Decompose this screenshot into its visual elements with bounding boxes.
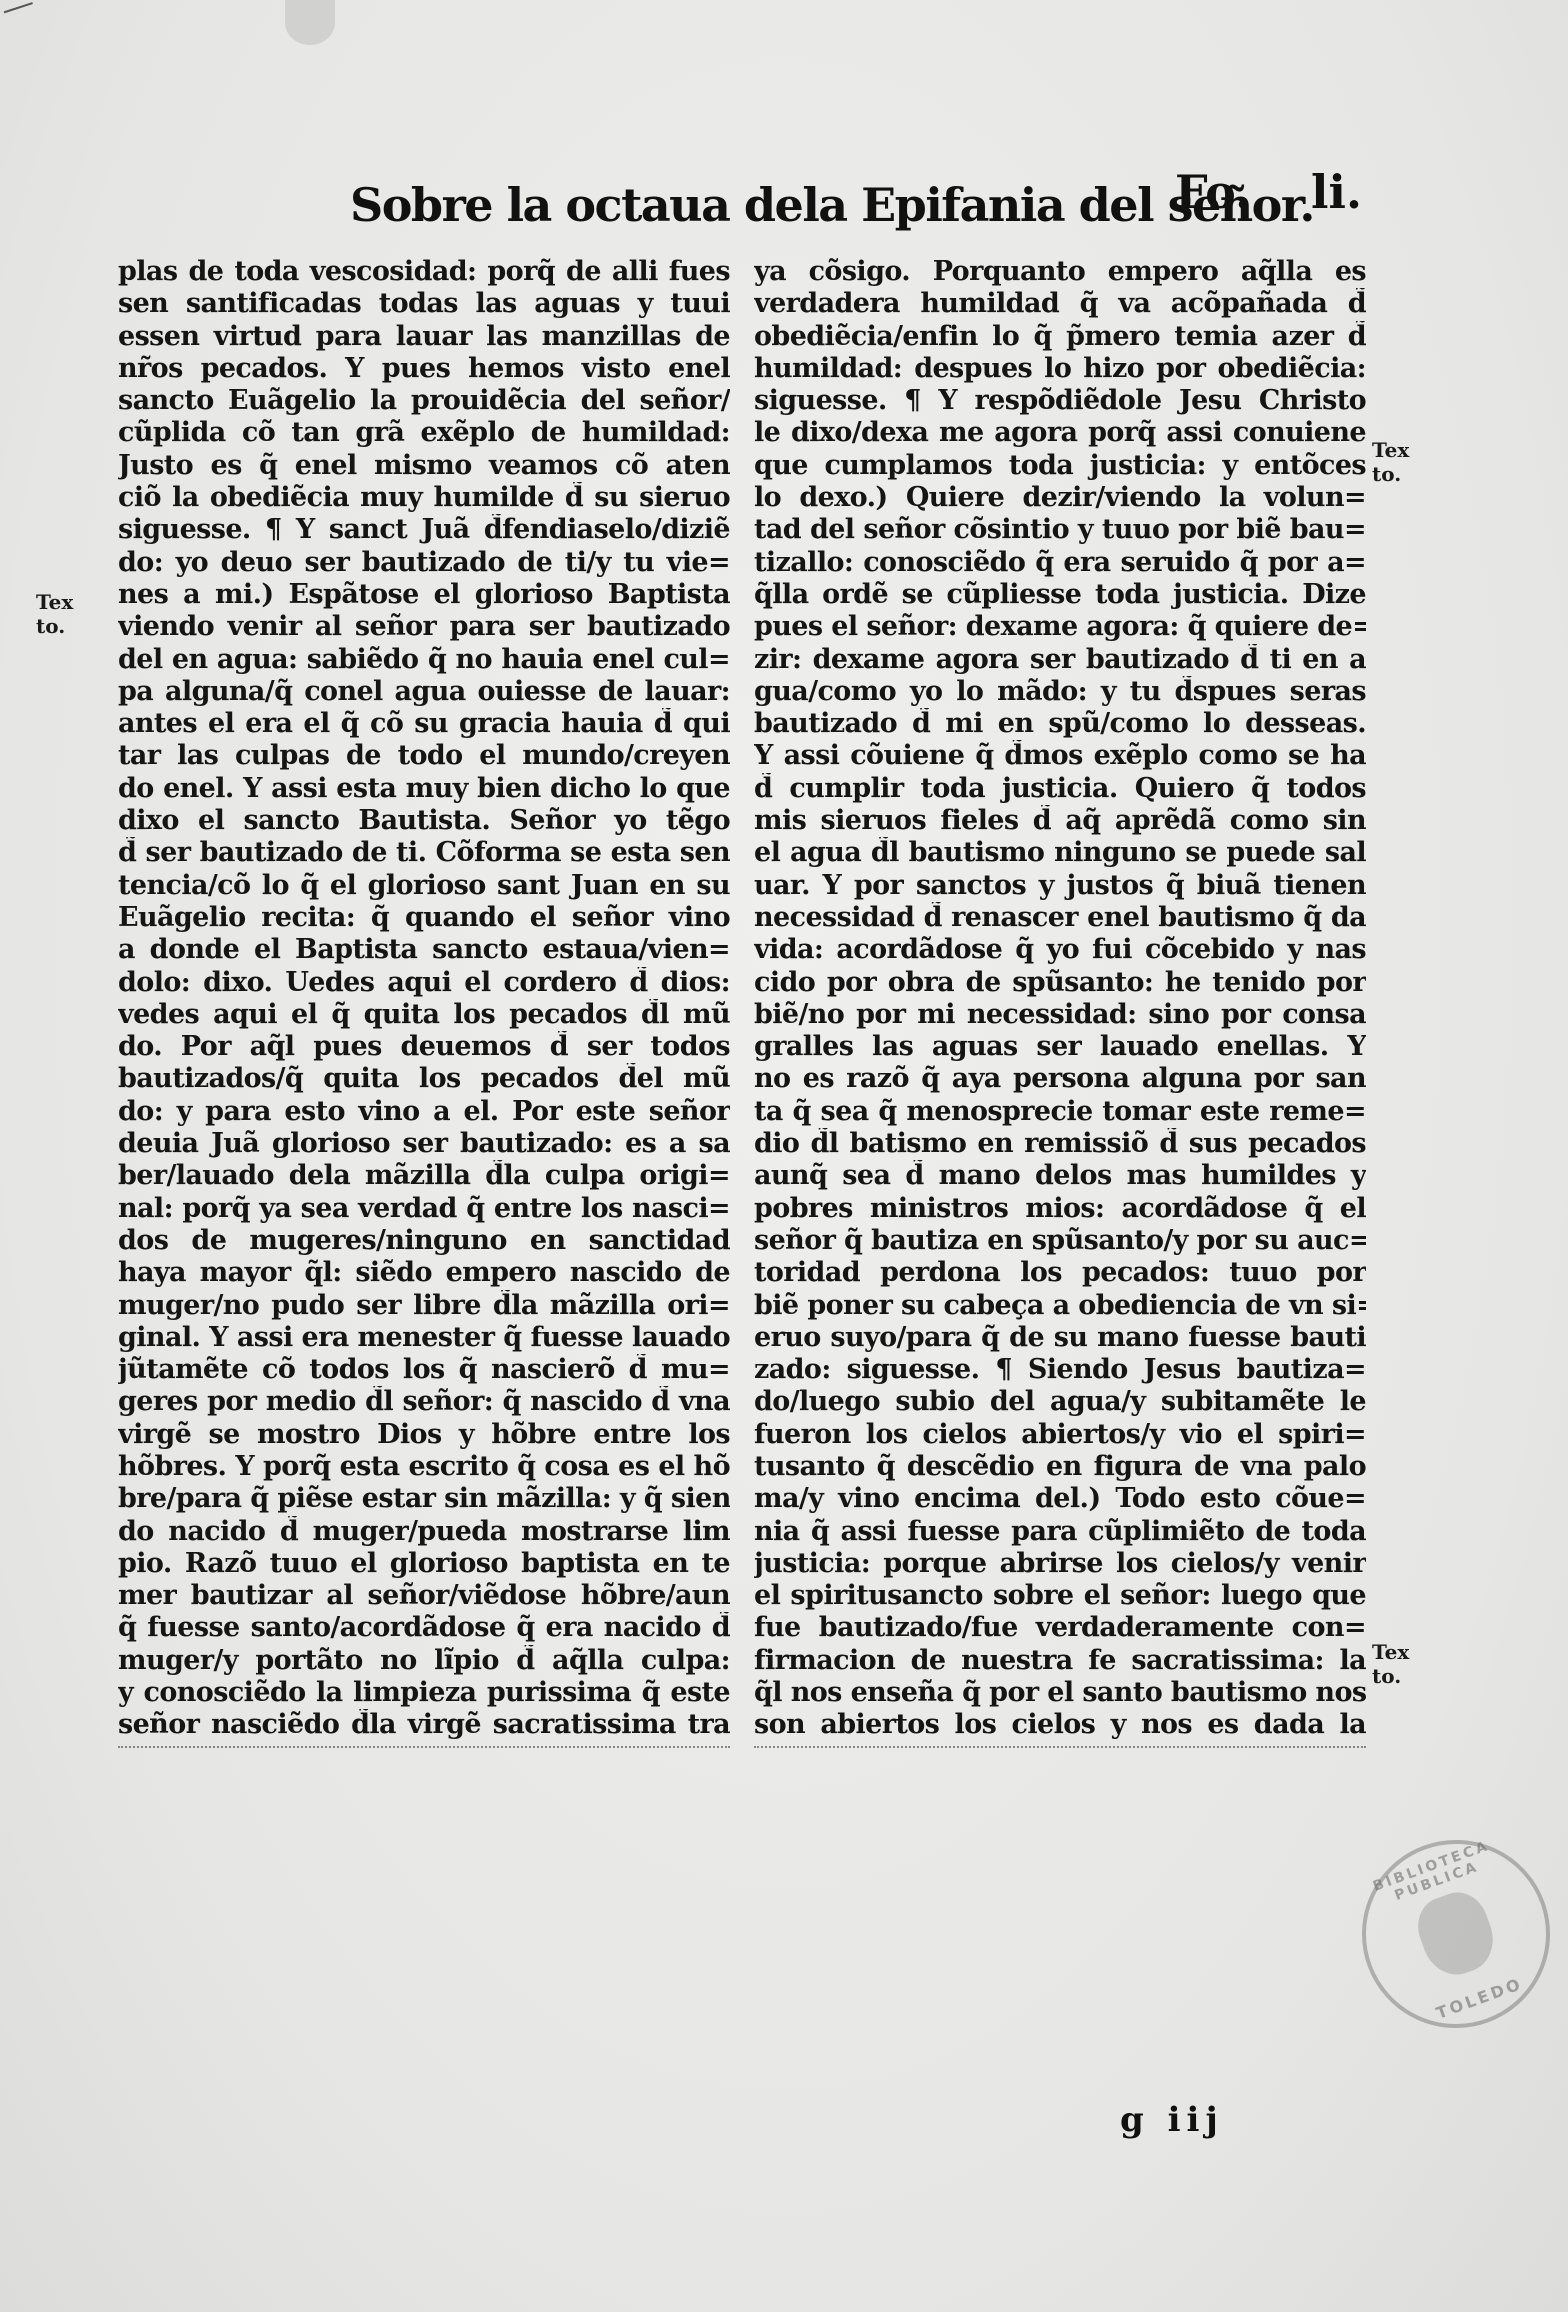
page-corner-fold bbox=[0, 0, 33, 13]
folio-number: Fo. li. bbox=[1175, 165, 1362, 219]
folio-label: Fo. bbox=[1175, 165, 1251, 219]
text-line: antes el era el q̃ cõ su gracia hauia d̃… bbox=[118, 708, 730, 740]
text-line: biẽ poner su cabeça a obediencia de vn s… bbox=[754, 1290, 1366, 1322]
text-line: bautizados/q̃ quita los pecados d̃el mũ bbox=[118, 1063, 730, 1095]
text-line: Euãgelio recita: q̃ quando el señor vino bbox=[118, 902, 730, 934]
text-line: señor q̃ bautiza en spũsanto/y por su au… bbox=[754, 1225, 1366, 1257]
text-line: do nacido d̃ muger/pueda mostrarse lim bbox=[118, 1516, 730, 1548]
text-line: geres por medio d̃l señor: q̃ nascido d̃… bbox=[118, 1386, 730, 1418]
text-line: justicia: porque abrirse los cielos/y ve… bbox=[754, 1548, 1366, 1580]
text-line: q̃l nos enseña q̃ por el santo bautismo … bbox=[754, 1677, 1366, 1709]
text-line: pa alguna/q̃ conel agua ouiesse de lauar… bbox=[118, 676, 730, 708]
margin-note-line: to. bbox=[1372, 1664, 1409, 1688]
text-line: gralles las aguas ser lauado enellas. Y bbox=[754, 1031, 1366, 1063]
text-line: tencia/cõ lo q̃ el glorioso sant Juan en… bbox=[118, 870, 730, 902]
text-line: y conosciẽdo la limpieza purissima q̃ es… bbox=[118, 1677, 730, 1709]
text-line: verdadera humildad q̃ va acõpañada d̃ bbox=[754, 288, 1366, 320]
margin-note-line: Tex bbox=[36, 590, 73, 614]
text-line: siguesse. ¶ Y sanct Juã d̃fendiaselo/diz… bbox=[118, 514, 730, 546]
text-line: pues el señor: dexame agora: q̃ quiere d… bbox=[754, 611, 1366, 643]
stamp-emblem-icon bbox=[1409, 1884, 1502, 1983]
text-line: jũtamẽte cõ todos los q̃ nascierõ d̃ mu= bbox=[118, 1354, 730, 1386]
text-line: muger/no pudo ser libre d̃la mãzilla ori… bbox=[118, 1290, 730, 1322]
text-line: uar. Y por sanctos y justos q̃ biuã tien… bbox=[754, 870, 1366, 902]
text-line: ber/lauado dela mãzilla d̃la culpa origi… bbox=[118, 1160, 730, 1192]
text-line: el spiritusancto sobre el señor: luego q… bbox=[754, 1580, 1366, 1612]
text-line: ciõ la obediẽcia muy humilde d̃ su sieru… bbox=[118, 482, 730, 514]
text-line: ya cõsigo. Porquanto empero aq̃lla es bbox=[754, 256, 1366, 288]
text-line: Y assi cõuiene q̃ d̃mos exẽplo como se h… bbox=[754, 740, 1366, 772]
column-bottom-rule bbox=[754, 1746, 1366, 1748]
text-line: nal: porq̃ ya sea verdad q̃ entre los na… bbox=[118, 1193, 730, 1225]
margin-note-line: to. bbox=[1372, 462, 1409, 486]
text-line: el agua d̃l bautismo ninguno se puede sa… bbox=[754, 837, 1366, 869]
running-title: Sobre la octaua dela Epifania del señor. bbox=[350, 178, 1314, 232]
margin-note-line: to. bbox=[36, 614, 73, 638]
text-line: tizallo: conosciẽdo q̃ era seruido q̃ po… bbox=[754, 547, 1366, 579]
margin-note-texto-left: Tex to. bbox=[36, 590, 73, 638]
text-line: hõbres. Y porq̃ esta escrito q̃ cosa es … bbox=[118, 1451, 730, 1483]
text-line: bre/para q̃ piẽse estar sin mãzilla: y q… bbox=[118, 1483, 730, 1515]
scanned-page: Sobre la octaua dela Epifania del señor.… bbox=[0, 0, 1568, 2312]
text-line: ginal. Y assi era menester q̃ fuesse lau… bbox=[118, 1322, 730, 1354]
text-line: nia q̃ assi fuesse para cũplimiẽto de to… bbox=[754, 1516, 1366, 1548]
text-line: mer bautizar al señor/viẽdose hõbre/aun bbox=[118, 1580, 730, 1612]
text-line: pio. Razõ tuuo el glorioso baptista en t… bbox=[118, 1548, 730, 1580]
text-line: do. Por aq̃l pues deuemos d̃ ser todos bbox=[118, 1031, 730, 1063]
text-line: do: y para esto vino a el. Por este seño… bbox=[118, 1096, 730, 1128]
text-line: tar las culpas de todo el mundo/creyen bbox=[118, 740, 730, 772]
text-line: toridad perdona los pecados: tuuo por bbox=[754, 1257, 1366, 1289]
text-line: viendo venir al señor para ser bautizado bbox=[118, 611, 730, 643]
text-line: firmacion de nuestra fe sacratissima: la bbox=[754, 1645, 1366, 1677]
text-line: lo dexo.) Quiere dezir/viendo la volun= bbox=[754, 482, 1366, 514]
text-line: le dixo/dexa me agora porq̃ assi conuien… bbox=[754, 417, 1366, 449]
page-header: Sobre la octaua dela Epifania del señor.… bbox=[350, 165, 1350, 245]
paper-stain bbox=[285, 0, 335, 45]
column-bottom-rule bbox=[118, 1746, 730, 1748]
text-line: ma/y vino encima del.) Todo esto cõue= bbox=[754, 1483, 1366, 1515]
text-column-right: ya cõsigo. Porquanto empero aq̃lla esver… bbox=[754, 256, 1366, 1748]
text-line: do enel. Y assi esta muy bien dicho lo q… bbox=[118, 773, 730, 805]
text-column-left: plas de toda vescosidad: porq̃ de alli f… bbox=[118, 256, 730, 1748]
stamp-bottom-text: TOLEDO bbox=[1392, 1959, 1568, 2038]
text-line: d̃ ser bautizado de ti. Cõforma se esta … bbox=[118, 837, 730, 869]
text-line: ta q̃ sea q̃ menosprecie tomar este reme… bbox=[754, 1096, 1366, 1128]
text-line: cido por obra de spũsanto: he tenido por bbox=[754, 967, 1366, 999]
text-line: d̃ cumplir toda justicia. Quiero q̃ todo… bbox=[754, 773, 1366, 805]
text-line: nes a mi.) Espãtose el glorioso Baptista bbox=[118, 579, 730, 611]
text-line: gua/como yo lo mãdo: y tu d̃spues seras bbox=[754, 676, 1366, 708]
margin-note-line: Tex bbox=[1372, 1640, 1409, 1664]
text-line: necessidad d̃ renascer enel bautismo q̃ … bbox=[754, 902, 1366, 934]
text-line: eruo suyo/para q̃ de su mano fuesse baut… bbox=[754, 1322, 1366, 1354]
text-line: dos de mugeres/ninguno en sanctidad bbox=[118, 1225, 730, 1257]
text-line: siguesse. ¶ Y respõdiẽdole Jesu Christo bbox=[754, 385, 1366, 417]
text-line: del en agua: sabiẽdo q̃ no hauia enel cu… bbox=[118, 644, 730, 676]
text-line: bautizado d̃ mi en spũ/como lo desseas. bbox=[754, 708, 1366, 740]
folio-value: li. bbox=[1311, 165, 1362, 219]
text-line: essen virtud para lauar las manzillas de bbox=[118, 321, 730, 353]
text-line: mis sieruos fieles d̃ aq̃ aprẽdã como si… bbox=[754, 805, 1366, 837]
text-line: q̃lla ordẽ se cũpliesse toda justicia. D… bbox=[754, 579, 1366, 611]
text-line: muger/y portãto no lĩpio d̃ aq̃lla culpa… bbox=[118, 1645, 730, 1677]
text-line: sancto Euãgelio la prouidẽcia del señor/ bbox=[118, 385, 730, 417]
text-line: plas de toda vescosidad: porq̃ de alli f… bbox=[118, 256, 730, 288]
text-line: fueron los cielos abiertos/y vio el spir… bbox=[754, 1419, 1366, 1451]
text-line: q̃ fuesse santo/acordãdose q̃ era nacido… bbox=[118, 1612, 730, 1644]
text-line: vida: acordãdose q̃ yo fui cõcebido y na… bbox=[754, 934, 1366, 966]
text-line: tusanto q̃ descẽdio en figura de vna pal… bbox=[754, 1451, 1366, 1483]
text-line: señor nasciẽdo d̃la virgẽ sacratissima t… bbox=[118, 1709, 730, 1741]
text-line: sen santificadas todas las aguas y tuui bbox=[118, 288, 730, 320]
text-line: humildad: despues lo hizo por obediẽcia: bbox=[754, 353, 1366, 385]
text-line: tad del señor cõsintio y tuuo por biẽ ba… bbox=[754, 514, 1366, 546]
signature-mark: g iij bbox=[1120, 2100, 1224, 2140]
margin-note-texto-right-1: Tex to. bbox=[1372, 438, 1409, 486]
text-line: fue bautizado/fue verdaderamente con= bbox=[754, 1612, 1366, 1644]
text-line: zado: siguesse. ¶ Siendo Jesus bautiza= bbox=[754, 1354, 1366, 1386]
text-line: aunq̃ sea d̃ mano delos mas humildes y bbox=[754, 1160, 1366, 1192]
text-line: do: yo deuo ser bautizado de ti/y tu vie… bbox=[118, 547, 730, 579]
text-line: obediẽcia/enfin lo q̃ p̃mero temia azer … bbox=[754, 321, 1366, 353]
text-line: zir: dexame agora ser bautizado d̃ ti en… bbox=[754, 644, 1366, 676]
text-line: dio d̃l batismo en remissiõ d̃ sus pecad… bbox=[754, 1128, 1366, 1160]
text-line: haya mayor q̃l: siẽdo empero nascido de bbox=[118, 1257, 730, 1289]
margin-note-texto-right-2: Tex to. bbox=[1372, 1640, 1409, 1688]
text-line: son abiertos los cielos y nos es dada la bbox=[754, 1709, 1366, 1741]
text-line: biẽ/no por mi necessidad: sino por consa bbox=[754, 999, 1366, 1031]
margin-note-line: Tex bbox=[1372, 438, 1409, 462]
text-line: pobres ministros mios: acordãdose q̃ el bbox=[754, 1193, 1366, 1225]
text-line: dolo: dixo. Uedes aqui el cordero d̃ dio… bbox=[118, 967, 730, 999]
text-line: no es razõ q̃ aya persona alguna por san bbox=[754, 1063, 1366, 1095]
text-line: que cumplamos toda justicia: y entõces bbox=[754, 450, 1366, 482]
text-line: deuia Juã glorioso ser bautizado: es a s… bbox=[118, 1128, 730, 1160]
text-line: vedes aqui el q̃ quita los pecados d̃l m… bbox=[118, 999, 730, 1031]
text-line: cũplida cõ tan grã exẽplo de humildad: bbox=[118, 417, 730, 449]
text-line: nr̃os pecados. Y pues hemos visto enel bbox=[118, 353, 730, 385]
text-line: virgẽ se mostro Dios y hõbre entre los bbox=[118, 1419, 730, 1451]
library-stamp: BIBLIOTECA PUBLICA TOLEDO bbox=[1336, 1814, 1568, 2055]
text-line: do/luego subio del agua/y subitamẽte le bbox=[754, 1386, 1366, 1418]
text-line: a donde el Baptista sancto estaua/vien= bbox=[118, 934, 730, 966]
text-line: dixo el sancto Bautista. Señor yo tẽgo bbox=[118, 805, 730, 837]
text-line: Justo es q̃ enel mismo veamos cõ aten bbox=[118, 450, 730, 482]
